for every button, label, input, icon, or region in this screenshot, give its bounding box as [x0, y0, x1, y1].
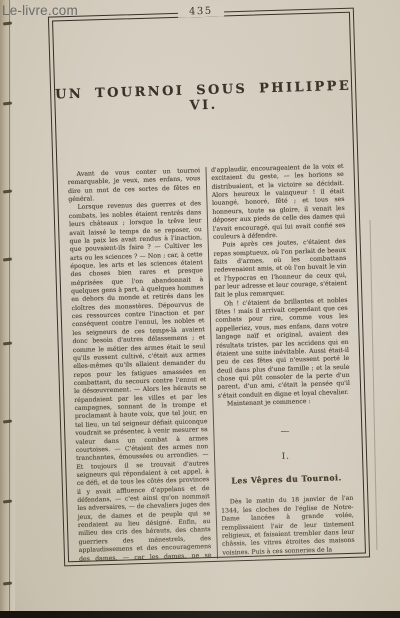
- stitch-mark: [3, 189, 12, 193]
- chapter-heading: Les Vêpres du Tournoi.: [220, 473, 353, 487]
- paragraph: Dès le matin du 18 janvier de l'an 1344,…: [221, 495, 355, 557]
- column-left: Avant de vous conter un tournoi remarqua…: [63, 167, 217, 563]
- stitch-mark: [3, 419, 12, 423]
- page-edge-line: [370, 220, 378, 550]
- column-right: d'applaudir, encourageaient de la voix e…: [205, 163, 360, 559]
- paragraph: Oh ! c'étaient de brillantes et nobles f…: [215, 297, 350, 401]
- stitch-mark: [3, 101, 12, 105]
- text-columns: Avant de vous conter un tournoi remarqua…: [63, 163, 361, 563]
- paragraph: Lorsque revenus des guerres et des comba…: [68, 201, 211, 563]
- book-binding: [0, 0, 15, 618]
- paragraph: d'applaudir, encourageaient de la voix e…: [211, 163, 346, 242]
- stitch-mark: [3, 257, 12, 261]
- stitch-mark: [3, 499, 12, 503]
- paragraph: Avant de vous conter un tournoi remarqua…: [68, 167, 201, 204]
- page-number: 435: [178, 5, 224, 17]
- binding-crease: [9, 0, 10, 618]
- stitch-mark: [3, 341, 12, 345]
- page-frame: 435 UN TOURNOI SOUS PHILIPPE VI. Avant d…: [48, 8, 370, 567]
- stitch-mark: [3, 581, 12, 585]
- paragraph: Puis après ces joutes, c'étaient des rep…: [213, 238, 347, 300]
- watermark: Le-livre.com: [2, 3, 78, 18]
- chapter-numeral: I.: [219, 450, 352, 464]
- section-separator: —: [219, 425, 352, 439]
- scanned-book-page: Le-livre.com 435 UN TOURNOI SOUS PHILIPP…: [0, 0, 400, 618]
- stitch-mark: [3, 21, 12, 25]
- scanner-strip: [0, 611, 400, 618]
